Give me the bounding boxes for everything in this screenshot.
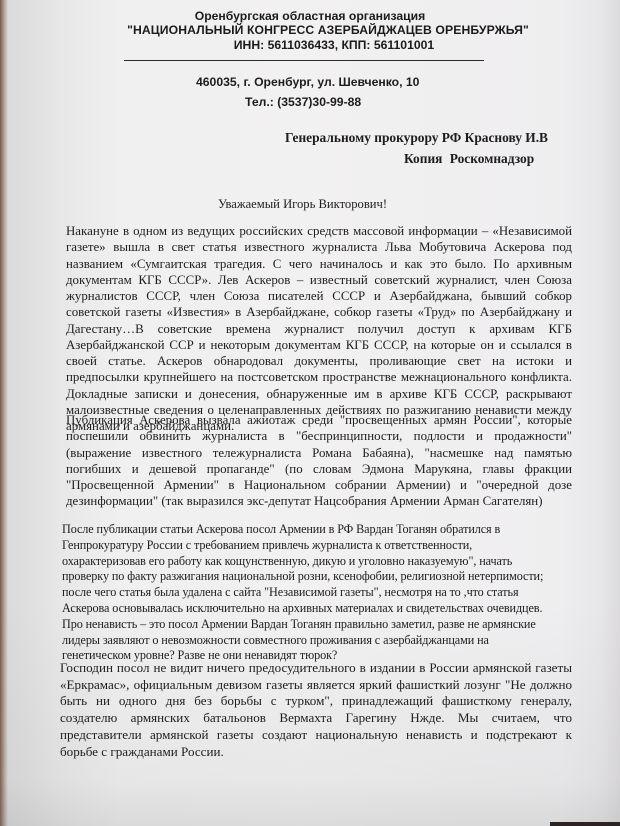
letterhead-organization-line: Оренбургская областная организация [0,9,620,23]
table-edge-shadow [550,822,620,826]
body-paragraph-2: Публикация Аскерова вызвала ажиотаж сред… [66,412,572,510]
letterhead-divider [124,60,484,61]
body-paragraph-3: После публикации статьи Аскерова посол А… [62,522,552,664]
body-paragraph-4: Господин посол не видит ничего предосуди… [60,660,572,760]
addressee-copy: Копия Роскомнадзор [404,151,534,167]
addressee-recipient: Генеральному прокурору РФ Краснову И.В [285,130,548,146]
letterhead-address: 460035, г. Оренбург, ул. Шевченко, 10 [196,75,419,89]
letter-page: Оренбургская областная организация "НАЦИ… [0,0,620,826]
body-paragraph-1: Накануне в одном из ведущих российских с… [66,223,572,434]
letterhead-organization-name: "НАЦИОНАЛЬНЫЙ КОНГРЕСС АЗЕРБАЙДЖАЦЕВ ОРЕ… [18,23,620,37]
letterhead-phone: Тел.: (3537)30-99-88 [245,95,361,109]
salutation: Уважаемый Игорь Викторович! [218,197,387,212]
letterhead-tax-ids: ИНН: 5611036433, КПП: 561101001 [24,38,620,52]
